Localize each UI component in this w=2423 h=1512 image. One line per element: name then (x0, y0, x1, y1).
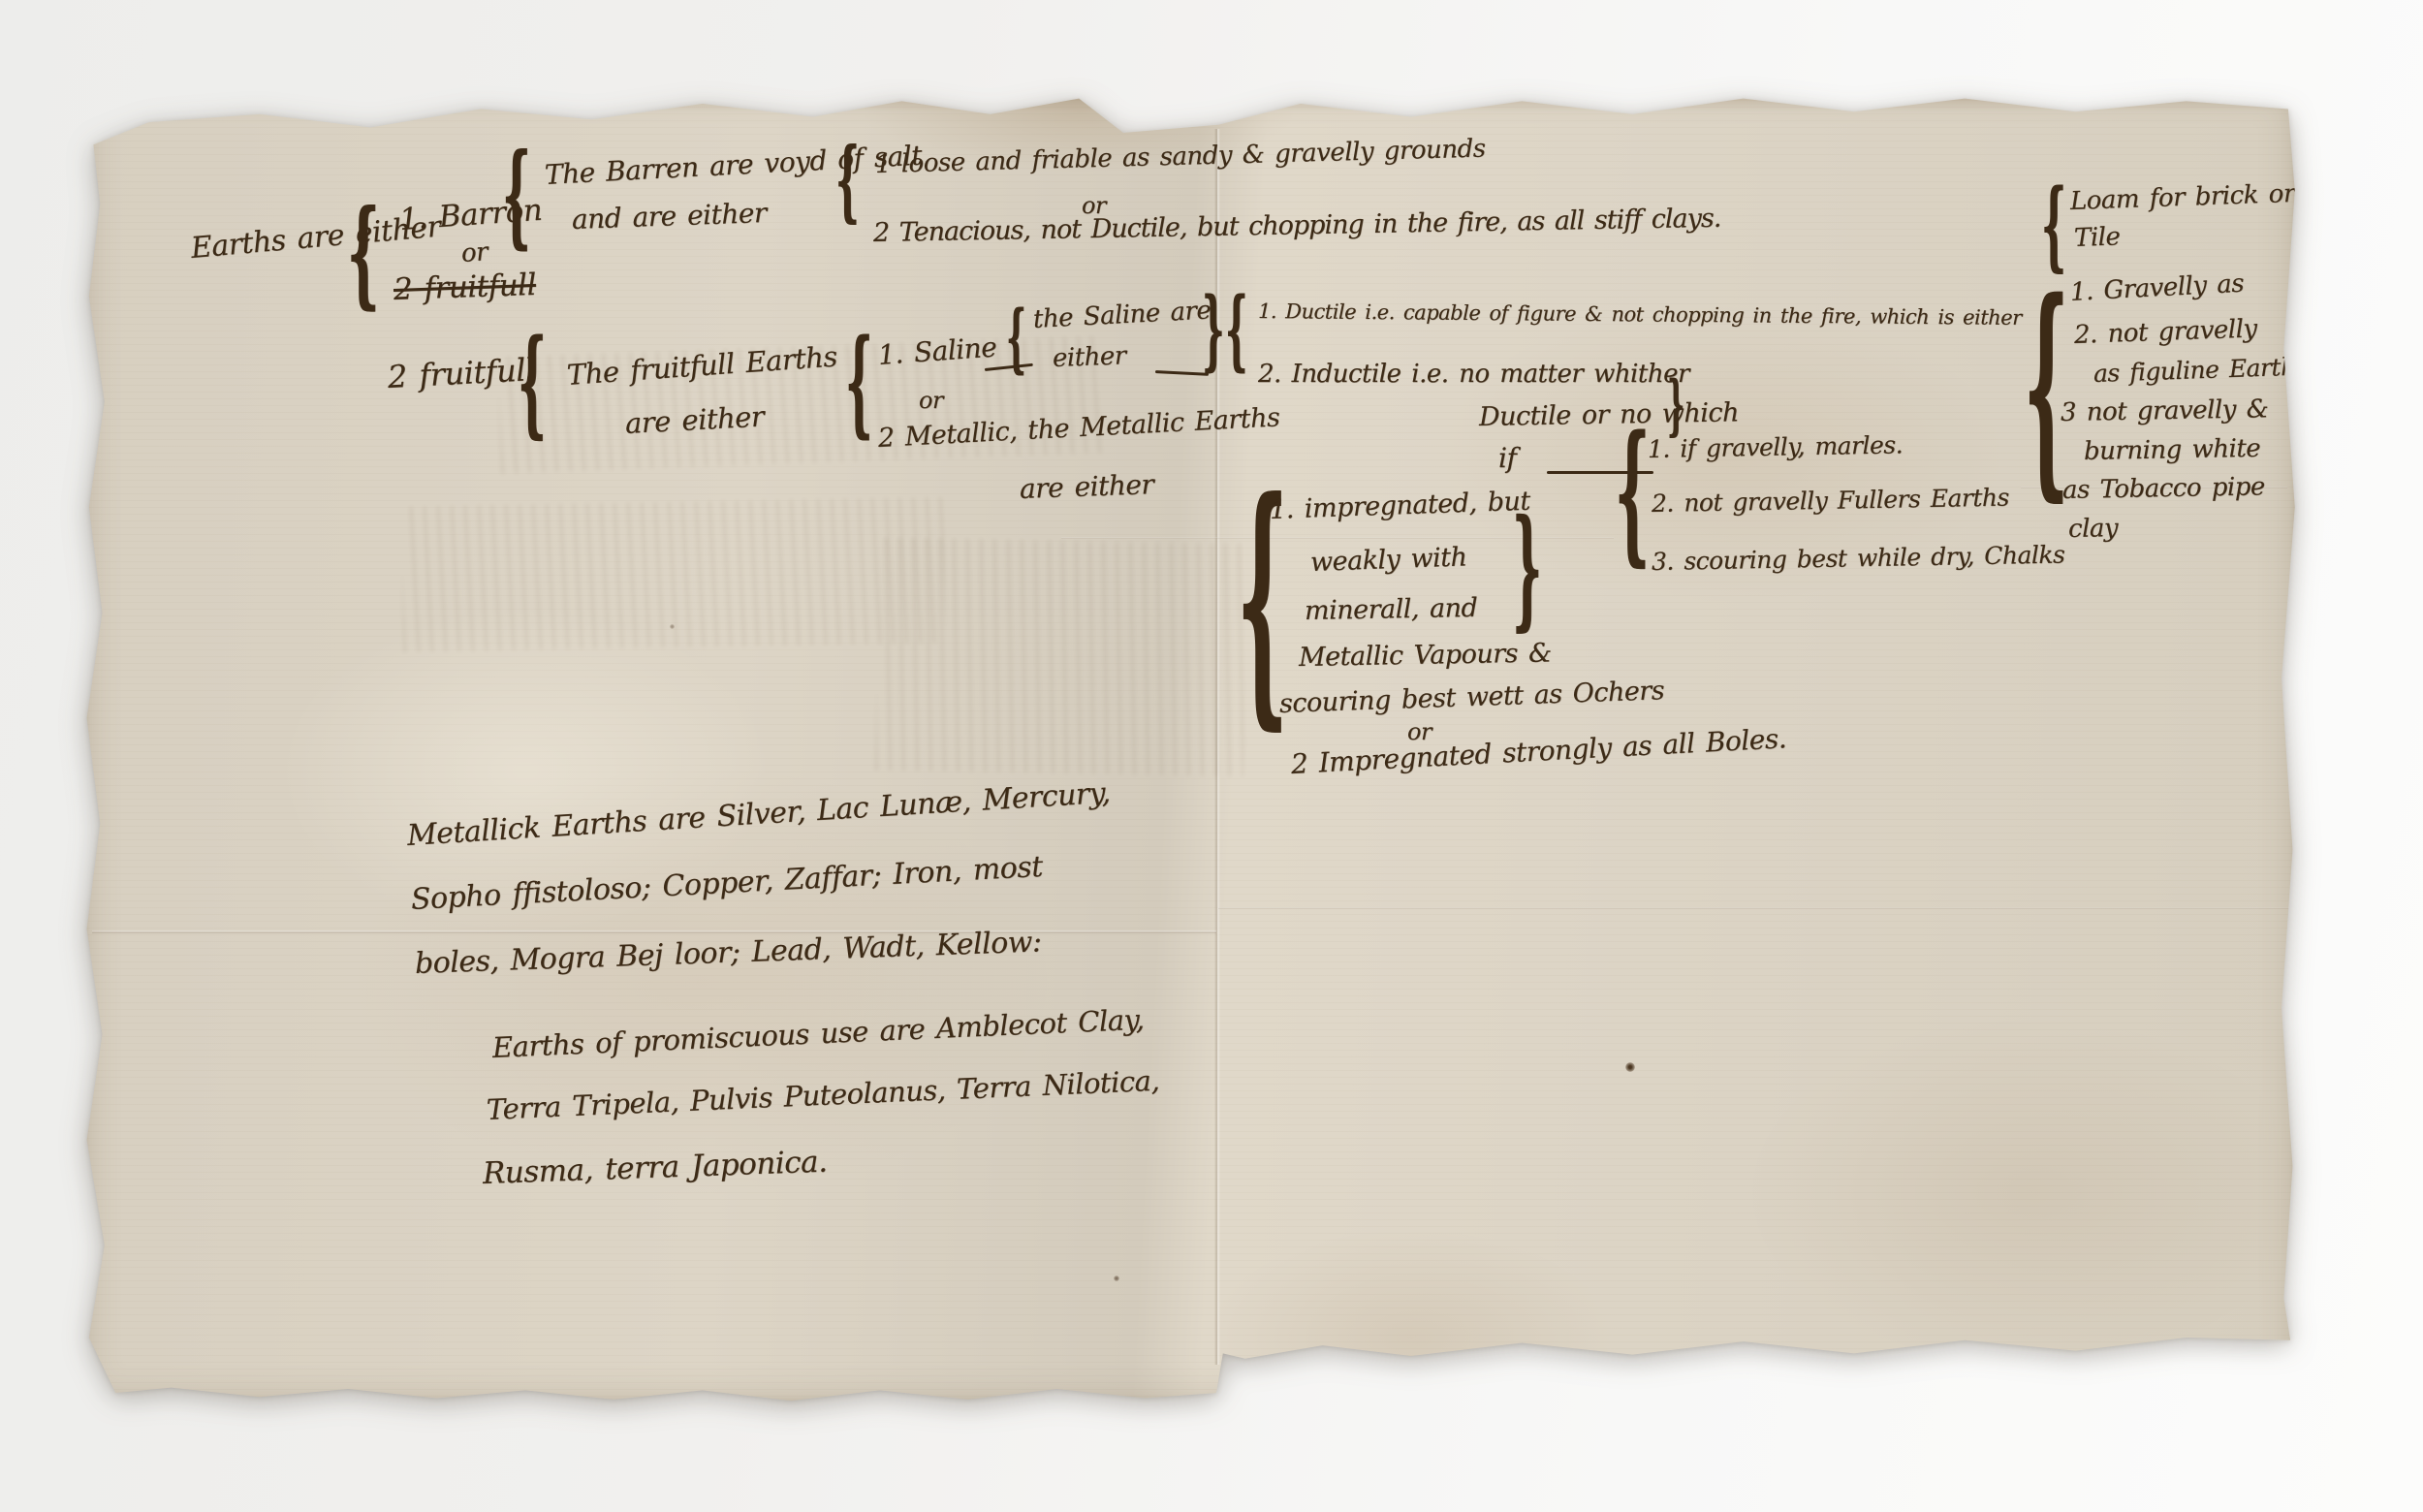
loam-item-3c: as Tobacco pipe (2062, 473, 2265, 504)
horizontal-fold-crease-left (92, 930, 1216, 933)
if-item-2: 2. not gravelly Fullers Earths (1652, 485, 2009, 518)
page-background: Earths are either { 1. Barron or 2 fruit… (0, 0, 2423, 1512)
torn-top-edge (82, 85, 2297, 114)
fruitfull-desc-line2: are either (624, 402, 765, 440)
saline-head-line1: the Saline are (1032, 297, 1211, 333)
metallic-item1-line1: 1. impregnated, but (1269, 488, 1530, 525)
brace-ductile-open: { (1225, 287, 1247, 374)
loam-item-3b: burning white (2084, 435, 2261, 466)
inductile-line1: 2. Inductile i.e. no matter whither (1258, 361, 1689, 389)
brace-barren-items-open: { (835, 136, 859, 224)
brace-fruitfull-open: { (518, 324, 547, 440)
metallick-note-line2: Sopho ffistoloso; Copper, Zaffar; Iron, … (410, 851, 1043, 916)
ink-spot (1625, 1062, 1635, 1072)
ink-bleed-through (401, 497, 947, 652)
barren-desc-line2: and are either (571, 199, 767, 236)
loam-head-line1: Loam for brick or (2070, 180, 2296, 216)
fruitfull-label: 2 fruitfull (387, 353, 535, 394)
brace-if-items-open: { (1615, 417, 1650, 569)
brace-root-open: { (347, 197, 379, 313)
barren-or: or (460, 238, 488, 268)
fruitfull-or: or (919, 388, 943, 413)
loam-item-1: 1. Gravelly as (2069, 270, 2245, 307)
saline-head-line2: either (1053, 342, 1127, 372)
barren-desc-line1: The Barren are voyd of salt (544, 142, 923, 191)
paper-sheet: Earths are either { 1. Barron or 2 fruit… (82, 85, 2297, 1403)
saline-label: 1. Saline (877, 332, 997, 370)
barren-item-2: 2 Tenacious, not Ductile, but chopping i… (873, 205, 1721, 248)
loam-item-2a: 2. not gravelly (2074, 315, 2258, 349)
crossed-out-fruitfull: 2 fruitfull (393, 268, 536, 306)
barren-item-1: 1 loose and friable as sandy & gravelly … (875, 136, 1486, 179)
brace-barren-desc-open: { (502, 139, 531, 250)
brace-inductile-close: } (1667, 374, 1684, 439)
ink-spot (1114, 1276, 1119, 1281)
inductile-line3-if: if (1498, 444, 1516, 474)
loam-item-3a: 3 not gravelly & (2061, 395, 2269, 426)
connector-saline-2 (1155, 370, 1209, 376)
if-item-1: 1. if gravelly, marles. (1648, 431, 1904, 462)
brace-metallic-close: } (1512, 504, 1542, 634)
loam-item-2b: as figuline Earths (2093, 353, 2309, 387)
if-item-3: 3. scouring best while dry, Chalks (1652, 542, 2065, 576)
manuscript-paper: Earths are either { 1. Barron or 2 fruit… (82, 85, 2297, 1403)
ink-spot (670, 624, 675, 629)
metallic-item1-line3: minerall, and (1305, 594, 1478, 626)
ductile-line: 1. Ductile i.e. capable of figure & not … (1258, 300, 2022, 330)
brace-loam-items-open: { (2024, 271, 2068, 502)
horizontal-fold-crease-right (1218, 907, 2289, 909)
fruitfull-desc-line1: The fruitfull Earths (566, 342, 838, 392)
promiscuous-note-line3: Rusma, terra Japonica. (482, 1146, 828, 1190)
metallic-item2: 2 Impregnated strongly as all Boles. (1290, 724, 1787, 780)
ink-bleed-through (875, 538, 1247, 777)
metallick-note-line1: Metallick Earths are Silver, Lac Lunæ, M… (406, 777, 1111, 852)
metallick-note-line3: boles, Mogra Bej loor; Lead, Wadt, Kello… (414, 926, 1042, 980)
brace-fruitfull-items-open: { (845, 328, 872, 443)
brace-saline-close: } (1202, 287, 1224, 374)
loam-item-3d: clay (2068, 515, 2119, 543)
metallic-item1-line5: scouring best wett as Ochers (1278, 677, 1664, 719)
metallic-label-2: are either (1019, 470, 1153, 505)
brace-saline-head-open: { (1006, 300, 1026, 375)
promiscuous-note-line1: Earths of promiscuous use are Amblecot C… (491, 1005, 1145, 1064)
inductile-line2: Ductile or no which (1479, 398, 1739, 431)
metallic-item1-line2: weakly with (1309, 543, 1466, 577)
loam-head-line2: Tile (2074, 223, 2121, 252)
promiscuous-note-line2: Terra Tripela, Pulvis Puteolanus, Terra … (486, 1066, 1159, 1126)
